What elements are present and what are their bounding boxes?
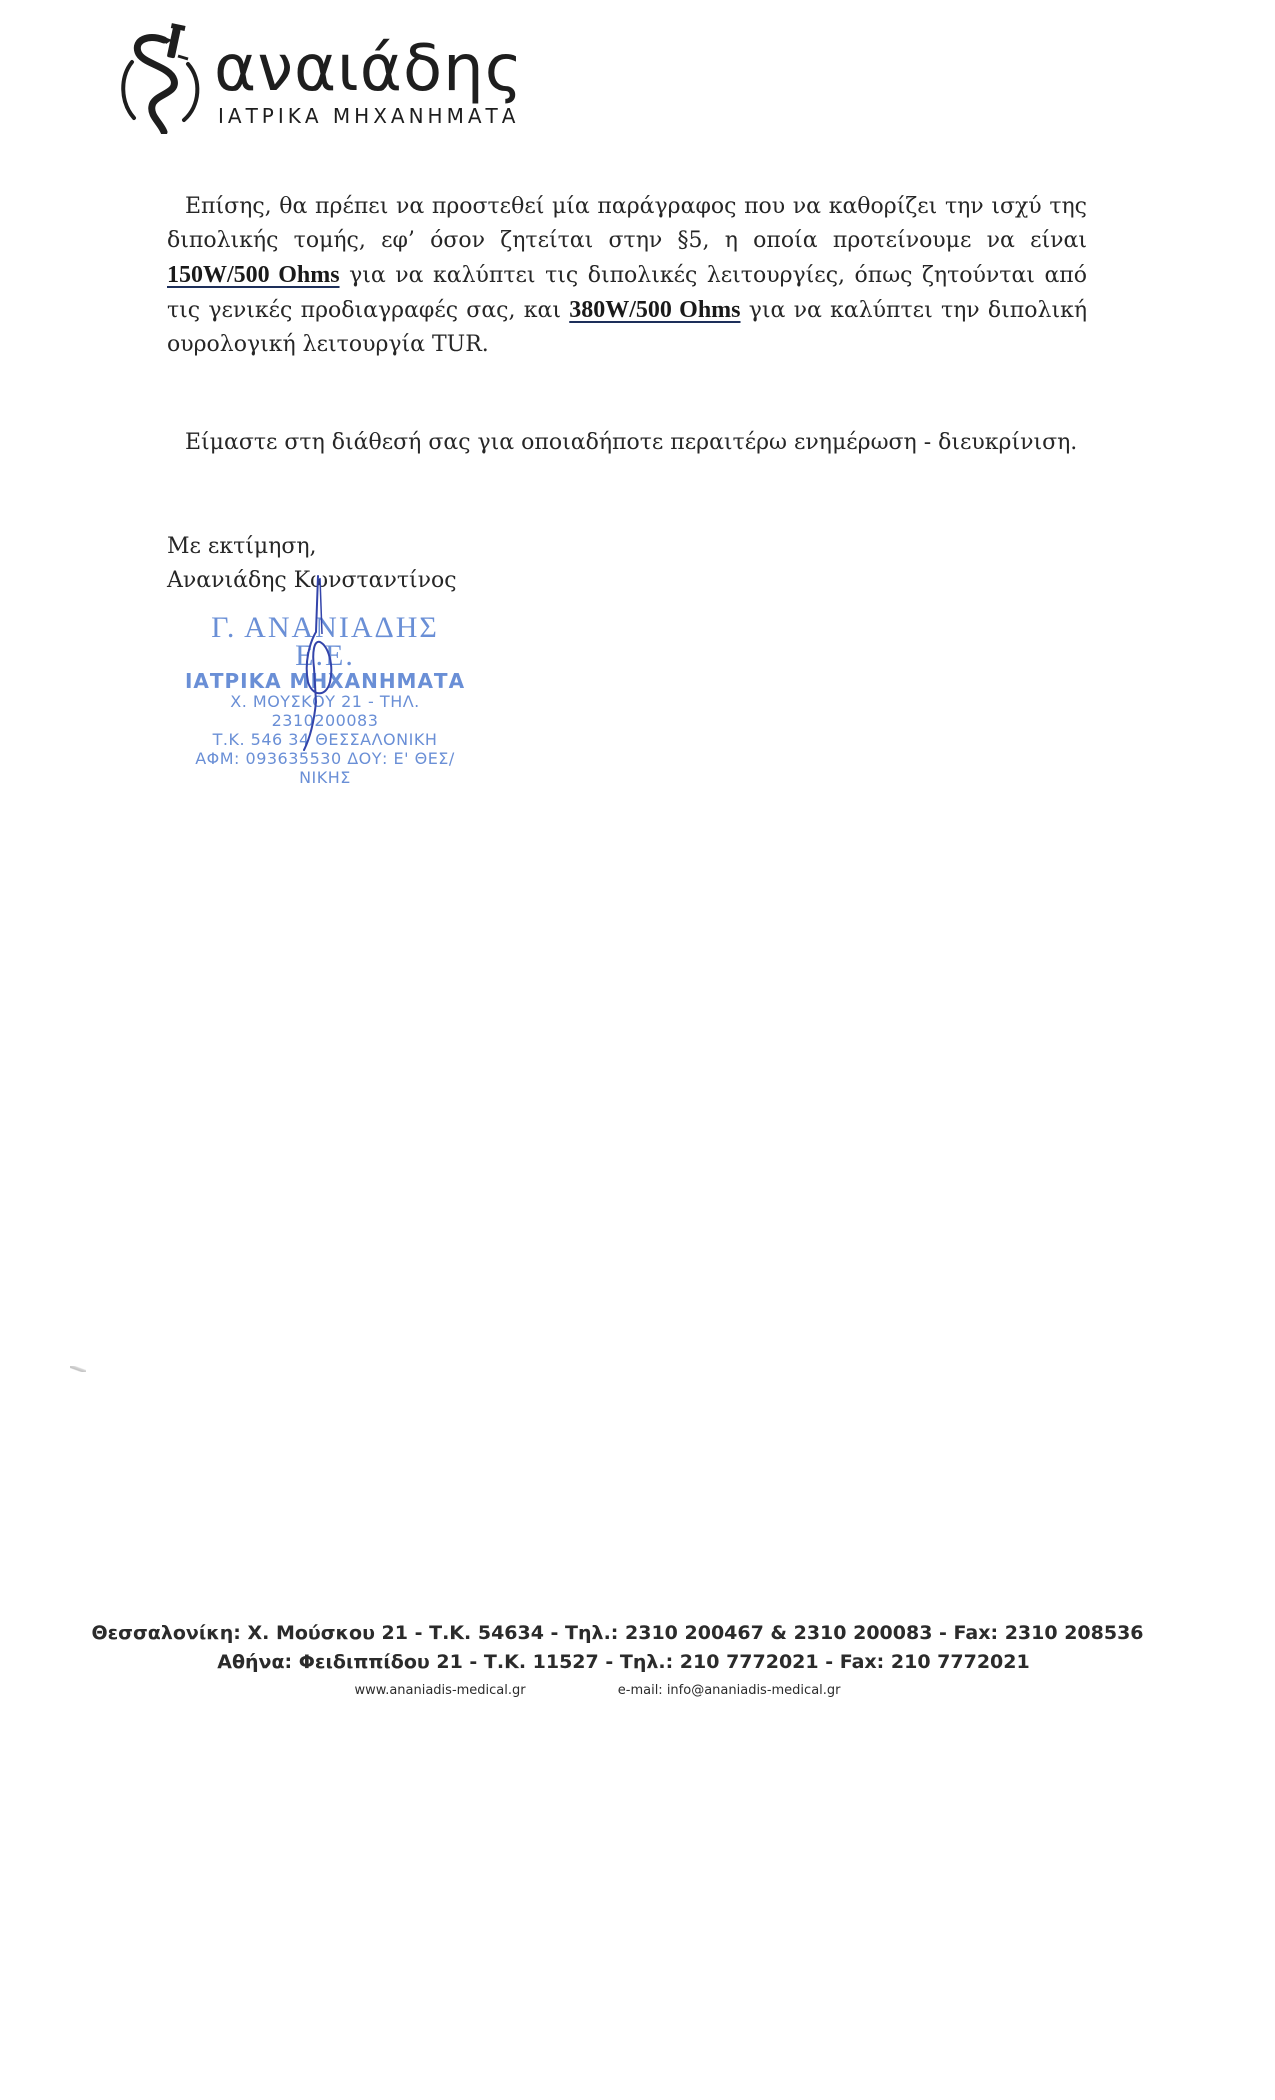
brand-name: αναιάδης xyxy=(214,34,523,104)
paragraph-availability: Είμαστε στη διάθεσή σας για οποιαδήποτε … xyxy=(167,426,1087,460)
email-link[interactable]: e-mail: info@ananiadis-medical.gr xyxy=(618,1683,841,1698)
stamp-postcode-city: Τ.Κ. 546 34 ΘΕΣΣΑΛΟΝΙΚΗ xyxy=(180,730,470,749)
website-link[interactable]: www.ananiadis-medical.gr xyxy=(354,1683,525,1698)
stamp-tax-info: ΑΦΜ: 093635530 ΔΟΥ: Ε' ΘΕΣ/ΝΙΚΗΣ xyxy=(180,749,470,787)
bipolar-power-value: 150W/500 Ohms xyxy=(167,262,340,288)
footer-athens: Αθήνα: Φειδιππίδου 21 - Τ.Κ. 11527 - Τηλ… xyxy=(0,1651,1261,1673)
paragraph-power-spec: Επίσης, θα πρέπει να προστεθεί μία παράγ… xyxy=(167,190,1087,362)
scan-speck xyxy=(70,1366,86,1372)
stamp-address: Χ. ΜΟΥΣΚΟΥ 21 - ΤΗΛ. 2310200083 xyxy=(180,692,470,730)
letterhead-logo: αναιάδης ΙΑΤΡΙΚΑ ΜΗΧΑΝΗΜΑΤΑ xyxy=(118,22,578,142)
salutation: Με εκτίμηση, xyxy=(167,530,457,564)
stamp-company-name: Γ. ΑΝΑΝΙΑΔΗΣ Ε.Ε. xyxy=(180,614,470,670)
closing-block: Με εκτίμηση, Ανανιάδης Κωνσταντίνος xyxy=(167,530,457,598)
footer-thessaloniki: Θεσσαλονίκη: Χ. Μούσκου 21 - Τ.Κ. 54634 … xyxy=(0,1622,1255,1644)
availability-text: Είμαστε στη διάθεσή σας για οποιαδήποτε … xyxy=(185,430,1077,455)
footer-contacts: www.ananiadis-medical.gr e-mail: info@an… xyxy=(0,1683,1235,1698)
signer-name: Ανανιάδης Κωνσταντίνος xyxy=(167,564,457,598)
company-stamp: Γ. ΑΝΑΝΙΑΔΗΣ Ε.Ε. ΙΑΤΡΙΚΑ ΜΗΧΑΝΗΜΑΤΑ Χ. … xyxy=(180,614,470,787)
tur-power-value: 380W/500 Ohms xyxy=(569,297,740,323)
brand-subtitle: ΙΑΤΡΙΚΑ ΜΗΧΑΝΗΜΑΤΑ xyxy=(218,104,519,128)
snake-and-scope-icon xyxy=(118,22,210,134)
paragraph-intro: Επίσης, θα πρέπει να προστεθεί μία παράγ… xyxy=(167,194,1087,253)
stamp-subtitle: ΙΑΤΡΙΚΑ ΜΗΧΑΝΗΜΑΤΑ xyxy=(180,670,470,692)
